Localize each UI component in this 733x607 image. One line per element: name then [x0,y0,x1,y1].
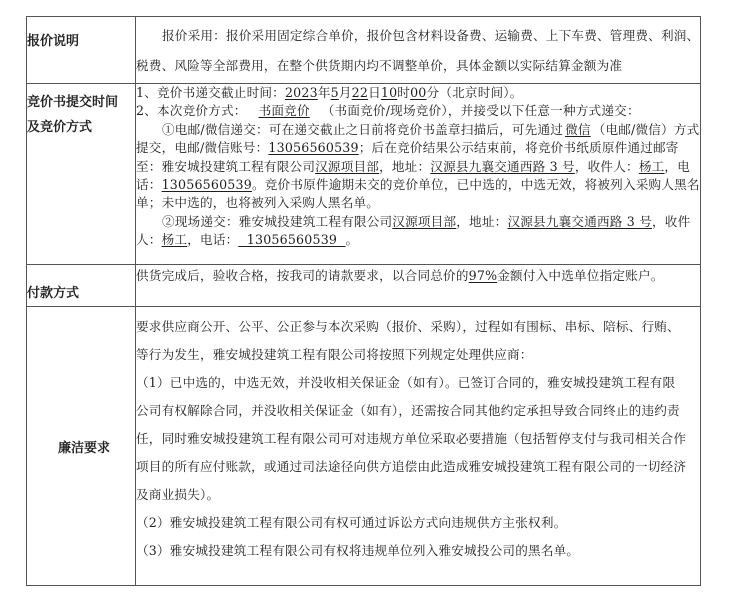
label-integrity: 廉洁要求 [27,307,136,586]
integrity-paragraph-3: （1）已中选的，中选无效，并没收相关保证金（如有）。已签订合同的，雅安城投建筑工… [136,369,700,397]
label-text: 廉洁要求 [58,441,110,456]
option2-text-d: ，电话： [187,232,238,247]
quote-paragraph-1: 报价采用：报价采用固定综合单价，报价包含材料设备费、运输费、上下车费、管理费、利… [136,17,700,51]
quote-paragraph-2: 税费、风险等全部费用，在整个供货期内均不调整单价，具体金额以实际结算金额为准 [136,51,700,81]
label-payment: 付款方式 [27,265,136,307]
option1-text-d: ，地址： [379,159,430,174]
payment-paragraph: 供货完成后，验收合格，按我司的请款要求，以合同总价的97%金额付入中选单位指定账… [136,265,700,285]
option2-text-b: ，地址： [456,214,507,229]
procurement-terms-table: 报价说明 报价采用：报价采用固定综合单价，报价包含材料设备费、运输费、上下车费、… [26,16,701,586]
option2-address: 汉源县九襄交通西路 3 号 [507,214,652,229]
option1-account: 13056560539 [268,140,358,155]
payment-text-b: 金额付入中选单位指定账户。 [497,268,663,283]
integrity-paragraph-5: 任，同时雅安城投建筑工程有限公司可对违规方单位采取必要措施（包括暂停支付与我司相… [136,425,700,453]
row-quote-description: 报价说明 报价采用：报价采用固定综合单价，报价包含材料设备费、运输费、上下车费、… [27,17,701,84]
option1-text-e: ，收件人： [575,159,639,174]
content-submission: 1、竞价书递交截止时间：2023年5月22日10时00分（北京时间）。 2、本次… [136,84,701,265]
option2-dept: 汉源项目部 [392,214,456,229]
option1-address: 汉源县九襄交通西路 3 号 [430,159,575,174]
option1-paragraph: ①电邮/微信递交：可在递交截止之日前将竞价书盖章扫描后，可先通过微信（电邮/微信… [136,121,700,213]
option2-paragraph: ②现场递交：雅安城投建筑工程有限公司汉源项目部，地址：汉源县九襄交通西路 3 号… [136,213,700,250]
minute-suffix: 分（北京时间）。 [427,85,523,100]
option1-text-a: ①电邮/微信递交：可在递交截止之日前将竞价书盖章扫描后，可先通过 [162,122,563,137]
label-line-2: 及竞价方式 [27,115,135,140]
payment-text-a: 供货完成后，验收合格，按我司的请款要求，以合同总价的 [136,268,469,283]
month-suffix: 月 [339,85,352,100]
option1-recipient: 杨工 [639,159,665,174]
option1-channel: 微信 [563,122,593,137]
integrity-paragraph-8: （2）雅安城投建筑工程有限公司有权可通过诉讼方式向违规供方主张权利。 [136,509,700,537]
label-line-1: 竞价书提交时间 [27,90,135,115]
integrity-paragraph-2: 等行为发生，雅安城投建筑工程有限公司将按照下列规定处理供应商： [136,341,700,369]
payment-percent: 97% [469,268,498,283]
label-text: 报价说明 [27,34,79,49]
method-value: 书面竞价 [247,103,322,118]
deadline-day: 22 [352,85,368,100]
option2-phone: 13056560539 [238,232,345,247]
integrity-paragraph-1: 要求供应商公开、公平、公正参与本次采购（报价、采购），过程如有围标、串标、陪标、… [136,307,700,341]
content-integrity: 要求供应商公开、公平、公正参与本次采购（报价、采购），过程如有围标、串标、陪标、… [136,307,701,586]
option2-text-a: ②现场递交：雅安城投建筑工程有限公司 [162,214,392,229]
row-submission: 竞价书提交时间 及竞价方式 1、竞价书递交截止时间：2023年5月22日10时0… [27,84,701,265]
content-quote-description: 报价采用：报价采用固定综合单价，报价包含材料设备费、运输费、上下车费、管理费、利… [136,17,701,84]
label-text: 付款方式 [27,286,79,301]
deadline-prefix: 1、竞价书递交截止时间： [136,85,285,100]
option1-dept: 汉源项目部 [315,159,379,174]
row-integrity: 廉洁要求 要求供应商公开、公平、公正参与本次采购（报价、采购），过程如有围标、串… [27,307,701,586]
deadline-year: 2023 [285,85,318,100]
option2-recipient: 杨工 [162,232,188,247]
option2-text-e: 。 [346,232,359,247]
integrity-paragraph-4: 公司有权解除合同，并没收相关保证金（如有），还需按合同其他约定承担导致合同终止的… [136,397,700,425]
deadline-hour: 10 [381,85,397,100]
method-prefix: 2、本次竞价方式： [136,103,247,118]
day-suffix: 日 [368,85,381,100]
integrity-paragraph-7: 及商业损失）。 [136,481,700,509]
integrity-paragraph-6: 项目的所有应付账款，或通过司法途径向供方追偿由此造成雅安城投建筑工程有限公司的一… [136,453,700,481]
content-payment: 供货完成后，验收合格，按我司的请款要求，以合同总价的97%金额付入中选单位指定账… [136,265,701,307]
hour-suffix: 时 [397,85,410,100]
row-payment: 付款方式 供货完成后，验收合格，按我司的请款要求，以合同总价的97%金额付入中选… [27,265,701,307]
method-suffix: （书面竞价/现场竞价），并接受以下任意一种方式递交： [322,103,640,118]
year-suffix: 年 [318,85,331,100]
option1-phone: 13056560539 [162,177,252,192]
integrity-paragraph-9: （3）雅安城投建筑工程有限公司有权将违规单位列入雅安城投公司的黑名单。 [136,537,700,565]
method-line: 2、本次竞价方式：书面竞价（书面竞价/现场竞价），并接受以下任意一种方式递交： [136,102,700,120]
deadline-month: 5 [331,85,339,100]
deadline-line: 1、竞价书递交截止时间：2023年5月22日10时00分（北京时间）。 [136,84,700,102]
label-quote-description: 报价说明 [27,17,136,84]
deadline-minute: 00 [410,85,426,100]
label-submission: 竞价书提交时间 及竞价方式 [27,84,136,265]
